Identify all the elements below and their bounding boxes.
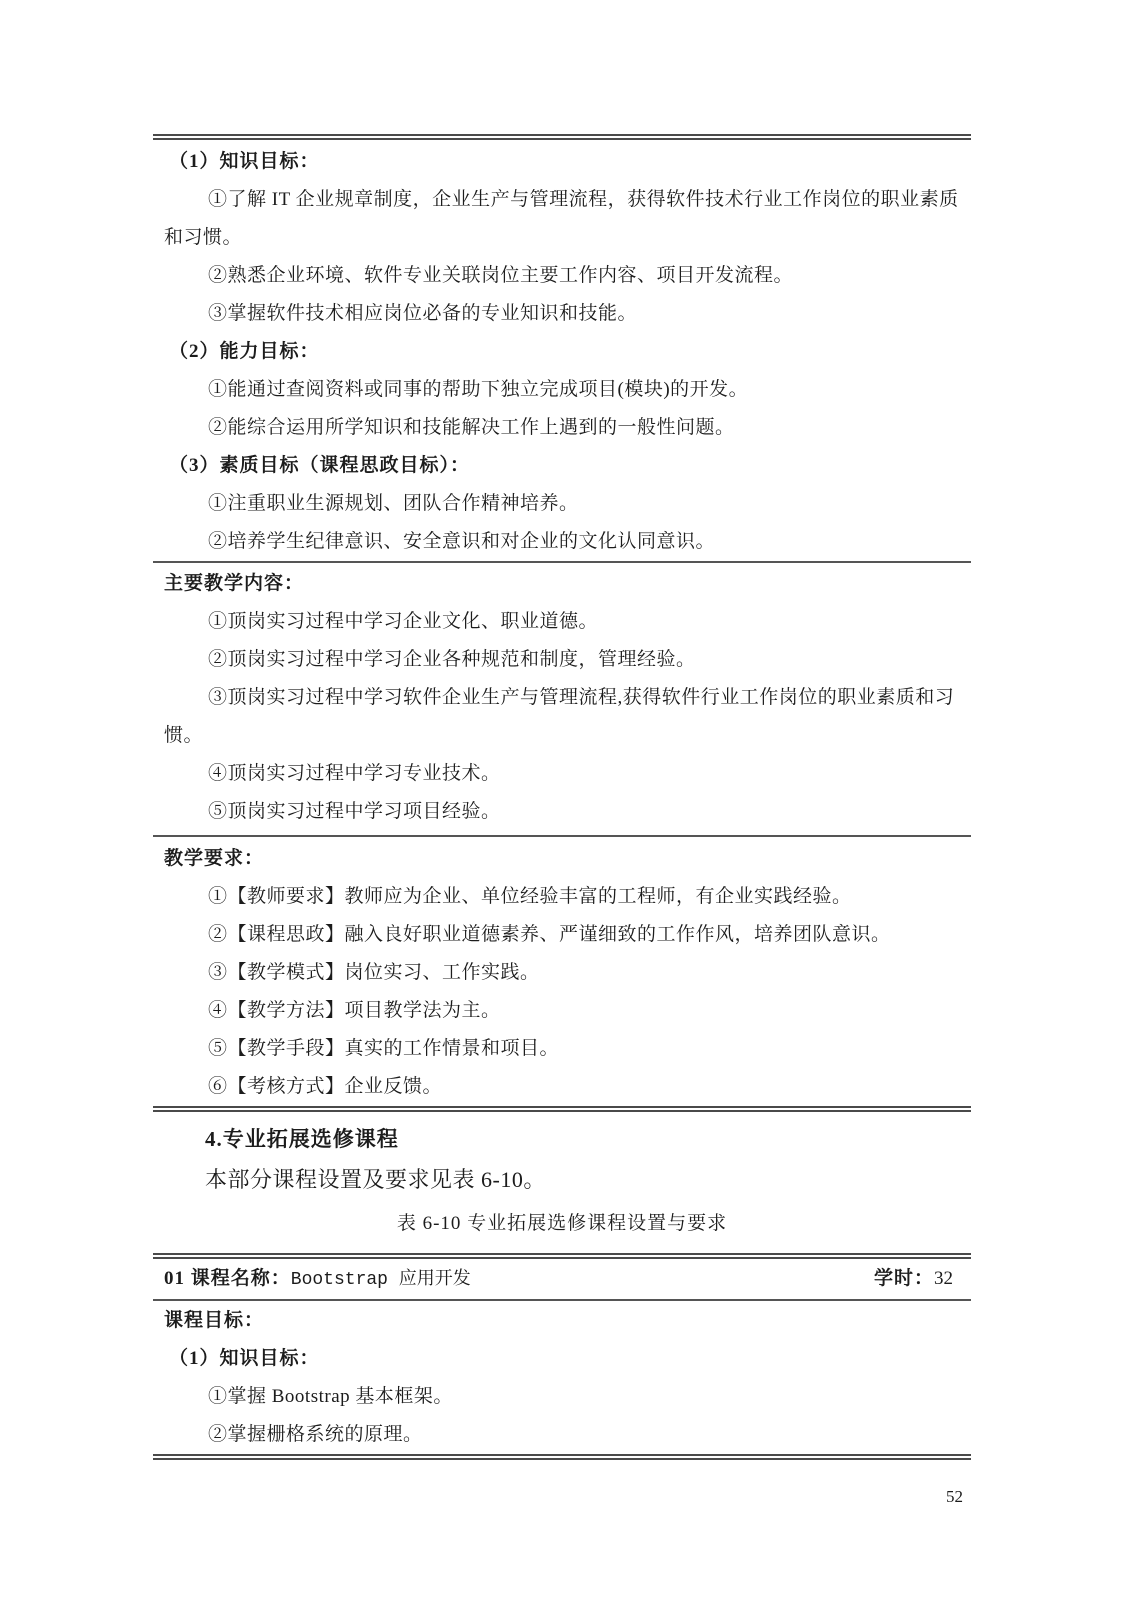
- ability-objective-item: ②能综合运用所学知识和技能解决工作上遇到的一般性问题。: [164, 409, 967, 447]
- divider-bottom-double: [153, 1454, 971, 1460]
- course-name-value: Bootstrap 应用开发: [291, 1270, 471, 1290]
- course-goal-item: ①掌握 Bootstrap 基本框架。: [164, 1378, 967, 1416]
- teaching-requirement-item: ⑤【教学手段】真实的工作情景和项目。: [164, 1030, 967, 1068]
- course-header-row: 01 课程名称：Bootstrap 应用开发 学时：32: [153, 1259, 971, 1299]
- teaching-content-heading: 主要教学内容：: [164, 565, 967, 603]
- course-goal-heading: 课程目标：: [164, 1302, 967, 1340]
- course-goal-item: ②掌握栅格系统的原理。: [164, 1416, 967, 1454]
- knowledge-objective-item: ②熟悉企业环境、软件专业关联岗位主要工作内容、项目开发流程。: [164, 257, 967, 295]
- teaching-requirements-heading: 教学要求：: [164, 840, 967, 878]
- teaching-requirement-item: ③【教学模式】岗位实习、工作实践。: [164, 954, 967, 992]
- quality-objectives-heading: （3）素质目标（课程思政目标）：: [164, 447, 967, 485]
- ability-objective-item: ①能通过查阅资料或同事的帮助下独立完成项目(模块)的开发。: [164, 371, 967, 409]
- section-course-objectives: （1）知识目标： ①了解 IT 企业规章制度，企业生产与管理流程，获得软件技术行…: [153, 140, 971, 561]
- section-teaching-requirements: 教学要求： ①【教师要求】教师应为企业、单位经验丰富的工程师，有企业实践经验。 …: [153, 837, 971, 1106]
- teaching-content-item: ⑤顶岗实习过程中学习项目经验。: [164, 793, 967, 831]
- document-content: （1）知识目标： ①了解 IT 企业规章制度，企业生产与管理流程，获得软件技术行…: [153, 134, 971, 1508]
- chapter-heading: 4.专业拓展选修课程: [205, 1124, 971, 1154]
- section-teaching-content: 主要教学内容： ①顶岗实习过程中学习企业文化、职业道德。 ②顶岗实习过程中学习企…: [153, 563, 971, 835]
- knowledge-objective-item: ①了解 IT 企业规章制度，企业生产与管理流程，获得软件技术行业工作岗位的职业素…: [164, 181, 967, 257]
- document-page: （1）知识目标： ①了解 IT 企业规章制度，企业生产与管理流程，获得软件技术行…: [0, 0, 1131, 1600]
- teaching-content-item: ②顶岗实习过程中学习企业各种规范和制度，管理经验。: [164, 641, 967, 679]
- chapter-intro: 本部分课程设置及要求见表 6-10。: [205, 1164, 971, 1196]
- teaching-requirement-item: ①【教师要求】教师应为企业、单位经验丰富的工程师，有企业实践经验。: [164, 878, 967, 916]
- teaching-requirement-item: ④【教学方法】项目教学法为主。: [164, 992, 967, 1030]
- knowledge-objectives-heading: （1）知识目标：: [164, 143, 967, 181]
- course-name-cell: 01 课程名称：Bootstrap 应用开发: [164, 1259, 471, 1300]
- teaching-content-item: ④顶岗实习过程中学习专业技术。: [164, 755, 967, 793]
- teaching-requirement-item: ②【课程思政】融入良好职业道德素养、严谨细致的工作作风，培养团队意识。: [164, 916, 967, 954]
- table-caption: 表 6-10 专业拓展选修课程设置与要求: [205, 1210, 919, 1238]
- teaching-content-item: ①顶岗实习过程中学习企业文化、职业道德。: [164, 603, 967, 641]
- course-knowledge-heading: （1）知识目标：: [164, 1340, 967, 1378]
- divider-double: [153, 1106, 971, 1112]
- section-course-goals: 课程目标： （1）知识目标： ①掌握 Bootstrap 基本框架。 ②掌握栅格…: [153, 1301, 971, 1454]
- page-number: 52: [153, 1486, 971, 1508]
- quality-objective-item: ②培养学生纪律意识、安全意识和对企业的文化认同意识。: [164, 523, 967, 561]
- teaching-content-item: ③顶岗实习过程中学习软件企业生产与管理流程,获得软件行业工作岗位的职业素质和习惯…: [164, 679, 967, 755]
- ability-objectives-heading: （2）能力目标：: [164, 333, 967, 371]
- knowledge-objective-item: ③掌握软件技术相应岗位必备的专业知识和技能。: [164, 295, 967, 333]
- chapter-block: 4.专业拓展选修课程 本部分课程设置及要求见表 6-10。 表 6-10 专业拓…: [153, 1124, 971, 1253]
- quality-objective-item: ①注重职业生源规划、团队合作精神培养。: [164, 485, 967, 523]
- course-hours-value: 32: [934, 1268, 953, 1289]
- course-name-label: 01 课程名称：: [164, 1268, 291, 1289]
- teaching-requirement-item: ⑥【考核方式】企业反馈。: [164, 1068, 967, 1106]
- course-hours-label: 学时：: [874, 1268, 934, 1289]
- course-hours-cell: 学时：32: [874, 1259, 953, 1299]
